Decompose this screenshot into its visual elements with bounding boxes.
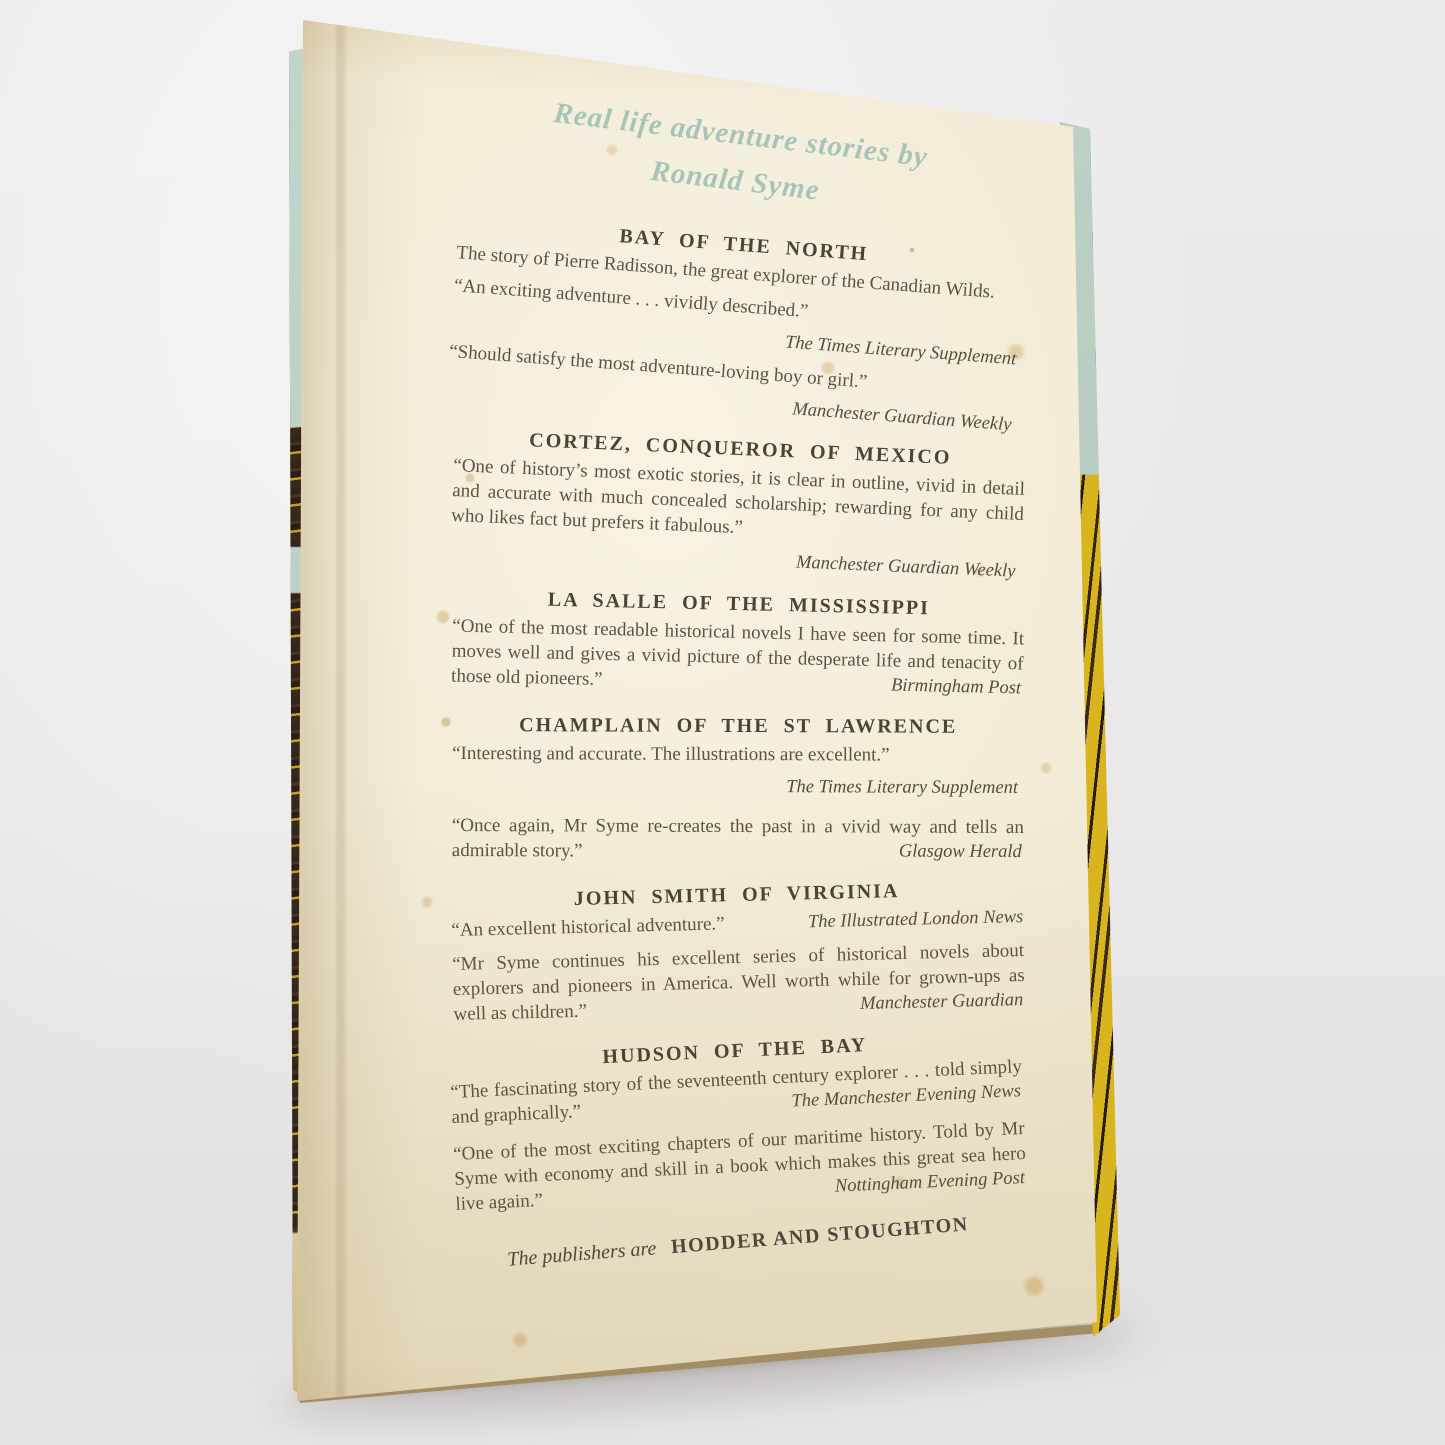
review-quote-text: “One of the most exciting chapters of ou… [453, 1118, 1026, 1215]
back-cover-printed-text: Real life adventure stories by Ronald Sy… [452, 112, 1024, 1255]
review-quote: “Once again, Mr Syme re-creates the past… [452, 813, 1024, 865]
review-attribution: The Times Literary Supplement [452, 774, 1018, 801]
review-quote-text: “An excellent historical adventure.” [451, 911, 725, 943]
book-title-heading: CHAMPLAIN OF THE ST LAWRENCE [452, 712, 1024, 740]
section-bay-of-the-north: BAY OF THE NORTH The story of Pierre Rad… [446, 211, 1030, 438]
section-la-salle: LA SALLE OF THE MISSISSIPPI “One of the … [451, 585, 1025, 702]
review-quote: “Mr Syme continues his excellent series … [452, 938, 1026, 1027]
section-john-smith: JOHN SMITH OF VIRGINIA “An excellent his… [450, 875, 1025, 1027]
review-attribution: Manchester Guardian [860, 988, 1024, 1017]
review-attribution: Birmingham Post [891, 673, 1022, 701]
photo-background: Real life adventure stories by Ronald Sy… [0, 0, 1445, 1445]
review-attribution: Glasgow Herald [899, 840, 1022, 865]
review-quote: “One of the most exciting chapters of ou… [453, 1116, 1028, 1217]
review-attribution: The Illustrated London News [808, 905, 1024, 935]
section-hudson: HUDSON OF THE BAY “The fascinating story… [449, 1025, 1028, 1217]
section-champlain: CHAMPLAIN OF THE ST LAWRENCE “Interestin… [452, 712, 1025, 865]
review-quote: “Interesting and accurate. The illustrat… [452, 741, 1024, 768]
publisher-name: HODDER AND STOUGHTON [670, 1213, 969, 1258]
review-quote: “One of the most readable historical nov… [451, 614, 1025, 702]
section-cortez: CORTEZ, CONQUEROR OF MEXICO “One of hist… [449, 424, 1026, 585]
